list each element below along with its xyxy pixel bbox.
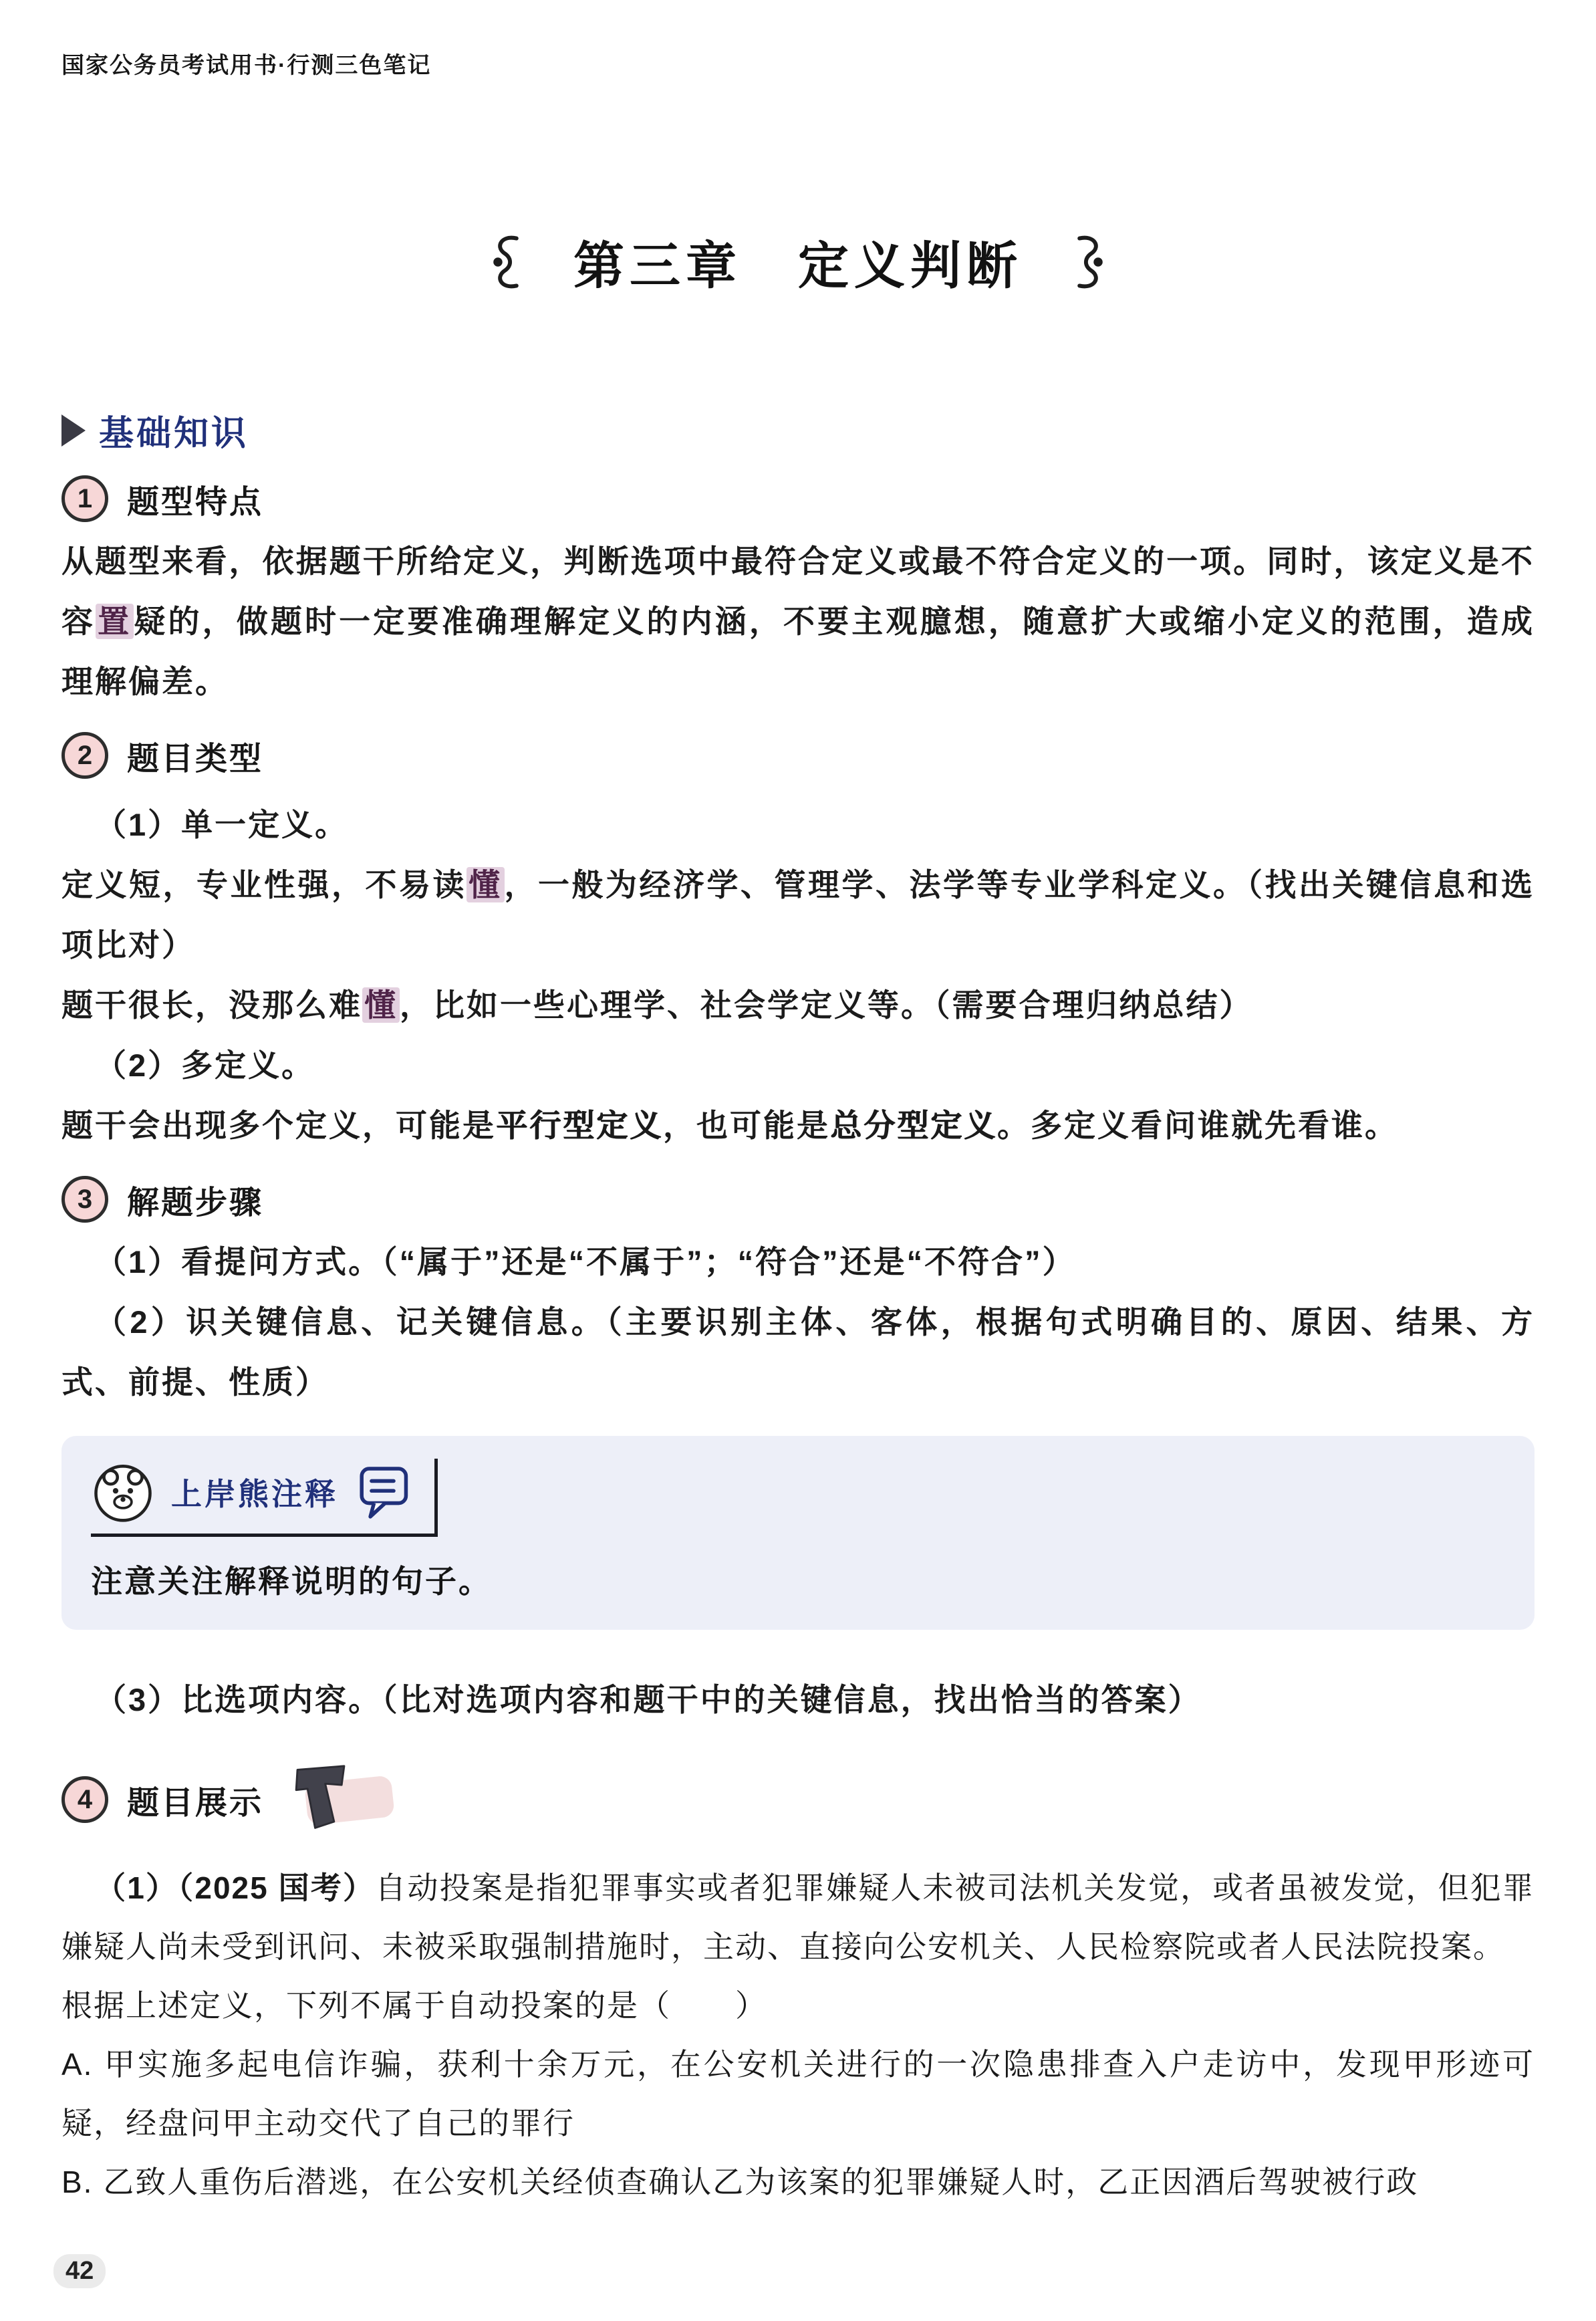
question-tag: （1）（2025 国考） (95, 1870, 375, 1905)
option-a: A. 甲实施多起电信诈骗，获利十余万元，在公安机关进行的一次隐患排查入户走访中，… (61, 2035, 1535, 2153)
s3-step1: （1）看提问方式。（“属于”还是“不属于”；“符合”还是“不符合”） (61, 1232, 1535, 1292)
fleuron-right-icon (1069, 230, 1105, 294)
circled-number-3: 3 (61, 1176, 108, 1223)
s3-step2: （2）识关键信息、记关键信息。（主要识别主体、客体，根据句式明确目的、原因、结果… (61, 1292, 1535, 1413)
annotation-box: 上岸熊注释 注意关注解释说明的句子。 (61, 1436, 1535, 1630)
key-char-highlight: 懂 (467, 867, 505, 902)
arrow-banner-icon (286, 1763, 356, 1833)
annotation-tab: 上岸熊注释 (91, 1459, 438, 1537)
circled-number-1: 1 (61, 475, 108, 522)
text-run: ，也可能是 (663, 1108, 830, 1143)
item-title-2: 题目类型 (127, 733, 263, 779)
key-term: 平行型定义 (496, 1108, 663, 1143)
item-head-3: 3 解题步骤 (61, 1176, 1535, 1223)
s2-sub1-title: （1）单一定义。 (61, 795, 1535, 855)
chapter-title-row: 第三章 定义判断 (61, 225, 1535, 298)
item-head-4: 4 题目展示 (61, 1767, 1535, 1832)
s3-step3: （3）比选项内容。（比对选项内容和题干中的关键信息，找出恰当的答案） (61, 1670, 1535, 1730)
fleuron-left-icon (491, 230, 527, 294)
option-b: B. 乙致人重伤后潜逃，在公安机关经侦查确认乙为该案的犯罪嫌疑人时，乙正因酒后驾… (61, 2153, 1535, 2211)
key-char-highlight: 置 (96, 604, 134, 639)
bear-icon (92, 1461, 154, 1523)
text-run: 题干会出现多个定义，可能是 (61, 1108, 496, 1143)
circled-number-2: 2 (61, 732, 108, 779)
running-head: 国家公务员考试用书·行测三色笔记 (61, 47, 1535, 80)
item-head-2: 2 题目类型 (61, 732, 1535, 779)
s2-sub2-title: （2）多定义。 (61, 1035, 1535, 1096)
section-title: 基础知识 (99, 405, 249, 455)
text-run: 。多定义看问谁就先看谁。 (997, 1108, 1398, 1143)
text-run: 疑的，做题时一定要准确理解定义的内涵，不要主观臆想，随意扩大或缩小定义的范围，造… (61, 604, 1535, 699)
item-title-4: 题目展示 (127, 1777, 263, 1823)
note-bubble-icon (356, 1463, 417, 1521)
text-run: 题干很长，没那么难 (61, 987, 362, 1023)
s2-sub2-body: 题干会出现多个定义，可能是平行型定义，也可能是总分型定义。多定义看问谁就先看谁。 (61, 1096, 1535, 1156)
text-run: ，比如一些心理学、社会学定义等。（需要合理归纳总结） (400, 987, 1253, 1023)
item-head-1: 1 题型特点 (61, 475, 1535, 522)
item-title-1: 题型特点 (127, 476, 263, 522)
text-run: 定义短，专业性强，不易读 (61, 867, 467, 902)
circled-number-4: 4 (61, 1776, 108, 1823)
page-number: 42 (53, 2254, 106, 2288)
arrow-banner-wrap (286, 1767, 400, 1832)
s1-paragraph: 从题型来看，依据题干所给定义，判断选项中最符合定义或最不符合定义的一项。同时，该… (61, 531, 1535, 712)
item-title-3: 解题步骤 (127, 1177, 263, 1223)
book-page: 国家公务员考试用书·行测三色笔记 第三章 定义判断 基础知识 1 题型特点 从题… (0, 0, 1596, 2321)
annotation-title: 上岸熊注释 (171, 1470, 338, 1514)
section-header-basic-knowledge: 基础知识 (61, 405, 1535, 455)
triangle-bullet-icon (61, 414, 86, 447)
s2-sub1-body: 定义短，专业性强，不易读懂，一般为经济学、管理学、法学等专业学科定义。（找出关键… (61, 855, 1535, 975)
key-term: 总分型定义 (830, 1108, 997, 1143)
question-stem: （1）（2025 国考）自动投案是指犯罪事实或者犯罪嫌疑人未被司法机关发觉，或者… (61, 1858, 1535, 1976)
question-ask: 根据上述定义，下列不属于自动投案的是（ ） (61, 1976, 1535, 2035)
annotation-body: 注意关注解释说明的句子。 (91, 1557, 1505, 1602)
chapter-title: 第三章 定义判断 (573, 225, 1023, 298)
s2-sub1-note: 题干很长，没那么难懂，比如一些心理学、社会学定义等。（需要合理归纳总结） (61, 975, 1535, 1035)
key-char-highlight: 懂 (362, 987, 400, 1023)
